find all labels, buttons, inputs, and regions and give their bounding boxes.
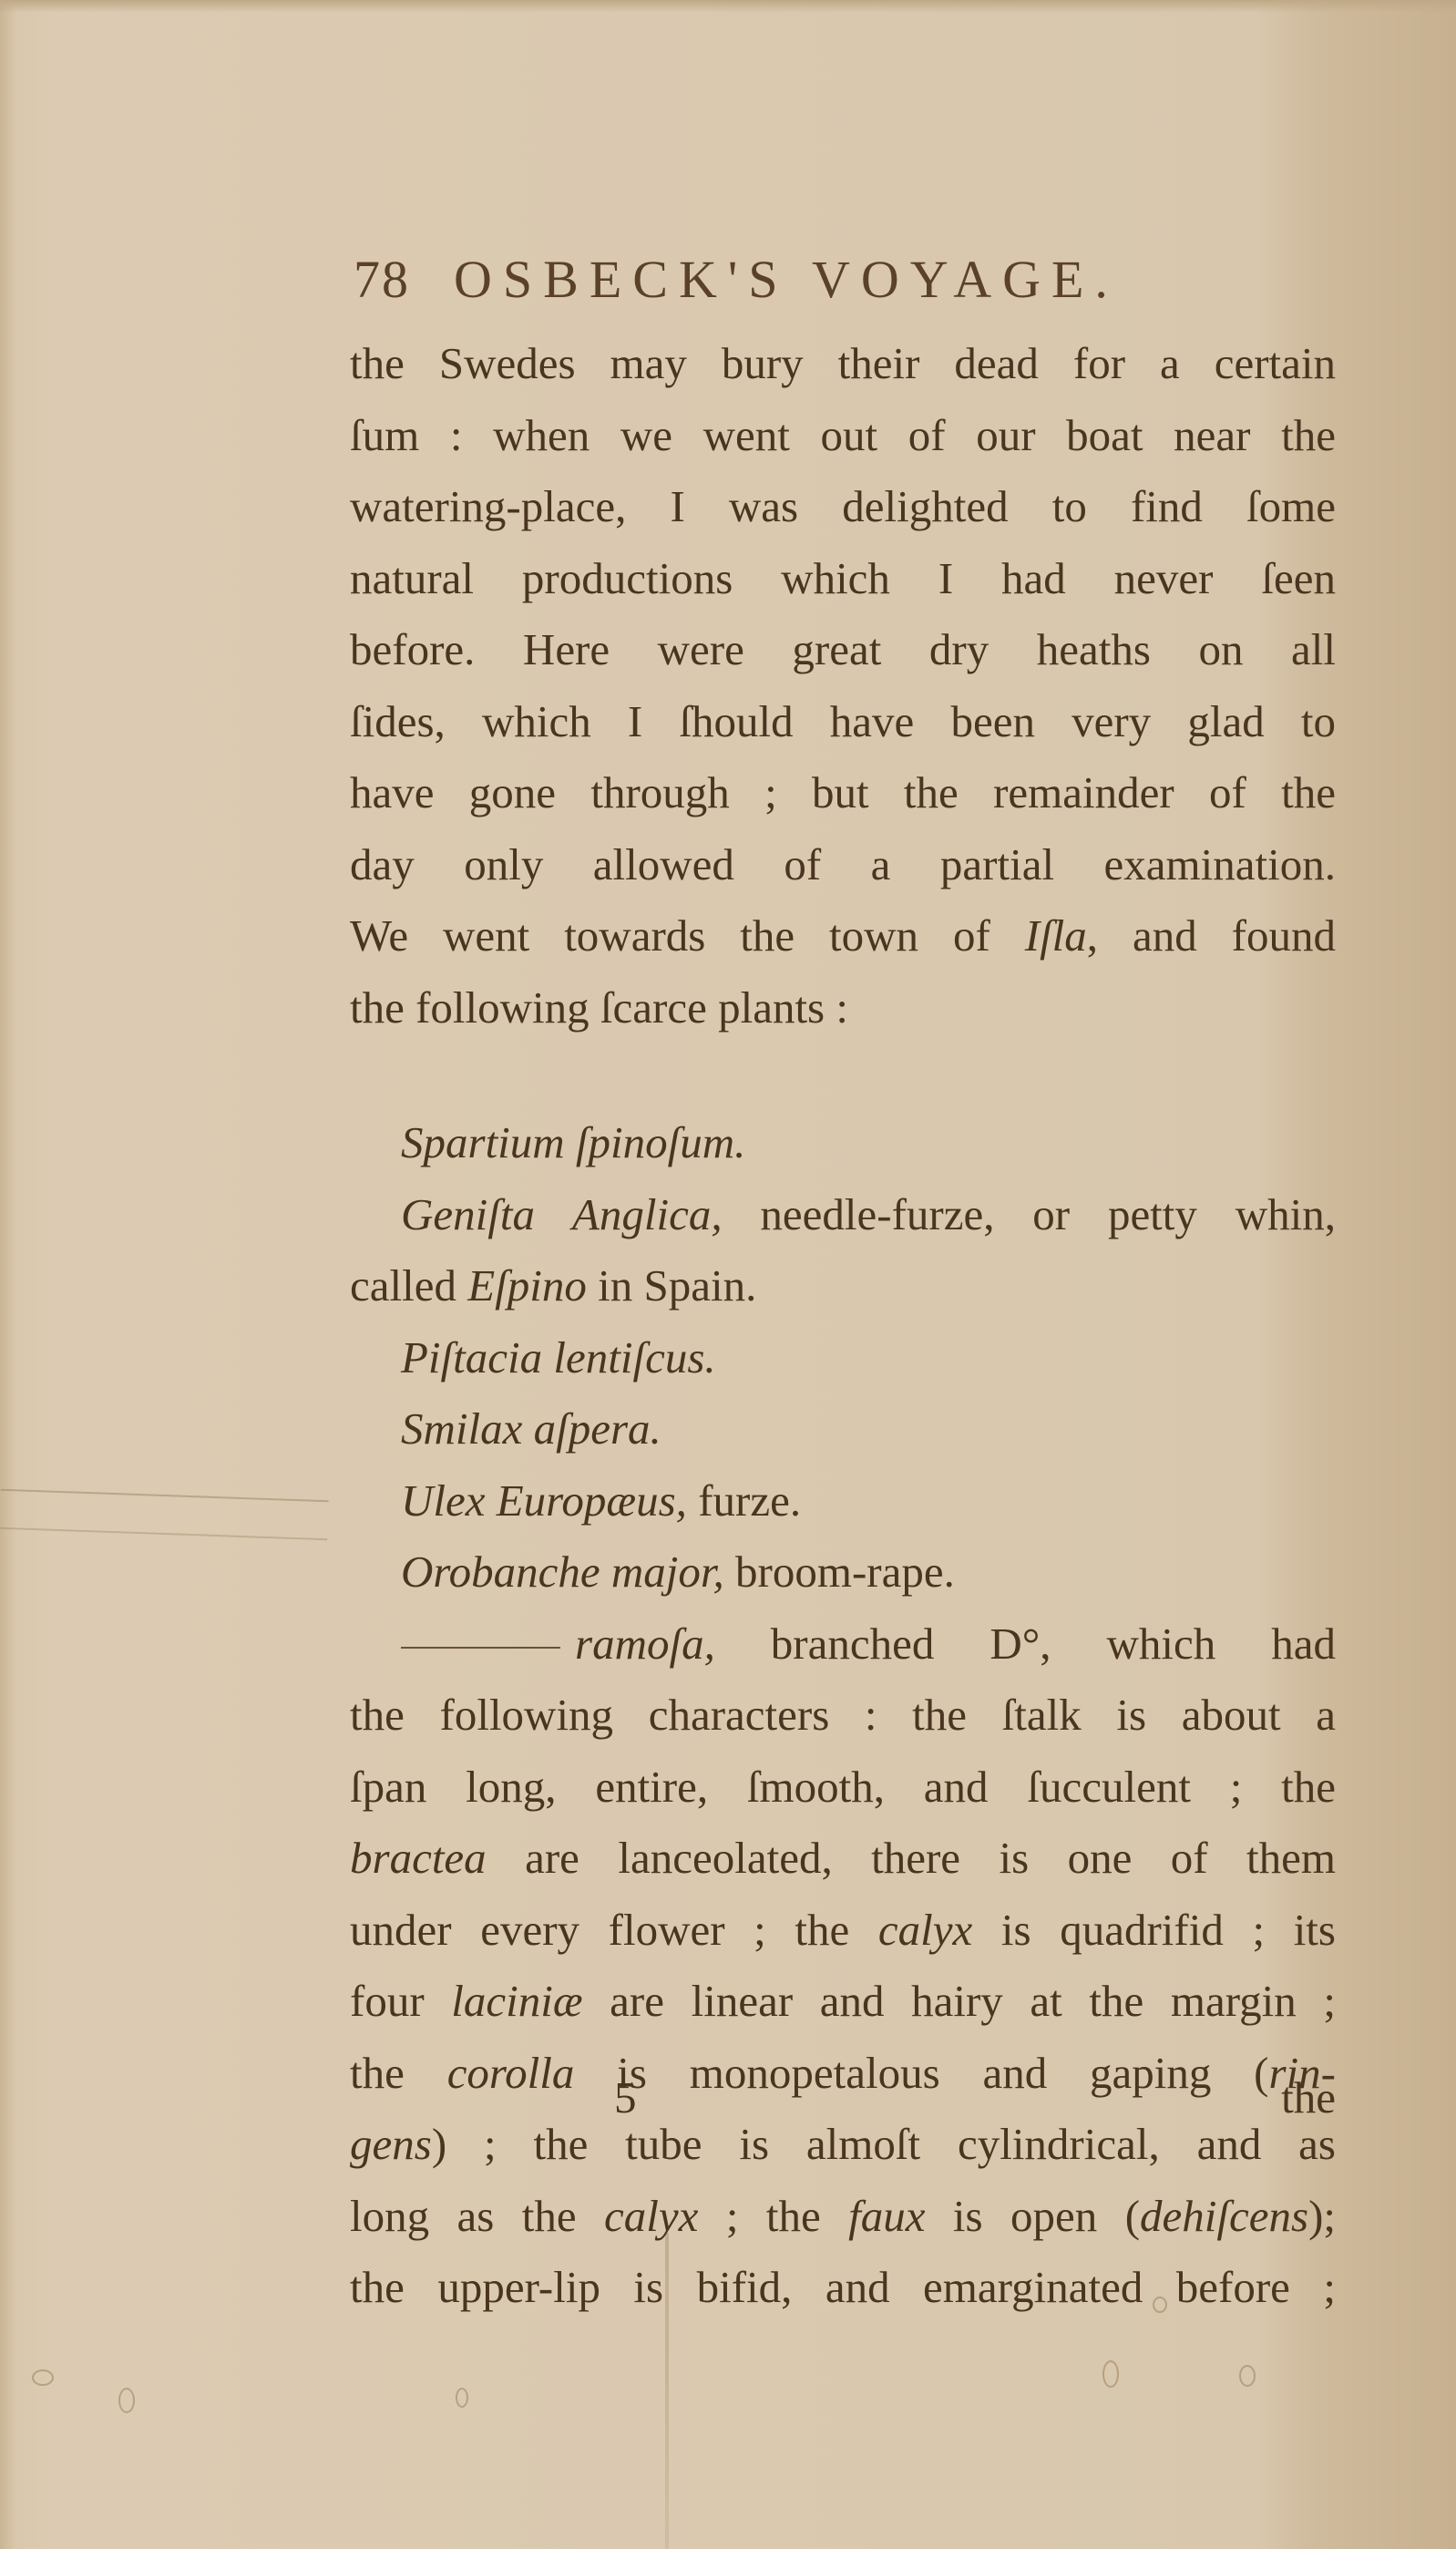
text-run: are linear and hairy at the margin ; — [583, 1976, 1336, 2026]
text-line: have gone through ; but the remainder of… — [350, 757, 1336, 829]
text-run: four — [350, 1976, 451, 2026]
text-run: is quadrifid ; its — [972, 1905, 1336, 1955]
text-run: are lanceolated, there is one of them — [487, 1833, 1336, 1883]
foxing-spot — [32, 2369, 54, 2386]
signature-mark: 5 — [614, 2061, 637, 2134]
plant-list-item: Geniſta Anglica, needle-furze, or petty … — [350, 1179, 1336, 1251]
text-line: ſum : when we went out of our boat near … — [350, 400, 1336, 472]
text-line: watering-place, I was delighted to find … — [350, 471, 1336, 543]
botanical-term: calyx — [604, 2191, 698, 2241]
plant-name: Piſtacia lentiſcus. — [401, 1332, 716, 1382]
botanical-term: faux — [848, 2191, 925, 2241]
text-line: before. Here were great dry heaths on al… — [350, 614, 1336, 686]
botanical-term: laciniæ — [451, 1976, 582, 2026]
text-line: four laciniæ are linear and hairy at the… — [350, 1966, 1336, 2038]
text-line: natural productions which I had never ſe… — [350, 543, 1336, 615]
plant-list-item: Spartium ſpinoſum. — [350, 1107, 1336, 1179]
text-line: the following characters : the ſtalk is … — [350, 1680, 1336, 1752]
text-run: called — [350, 1260, 467, 1310]
foxing-spot — [456, 2388, 468, 2408]
text-line: long as the calyx ; the faux is open (de… — [350, 2181, 1336, 2253]
plant-name: Smilax aſpera. — [401, 1403, 661, 1454]
foxing-spot — [1102, 2360, 1119, 2388]
foxing-spot — [1239, 2365, 1256, 2387]
plant-common-name: branched D°, which had — [715, 1619, 1336, 1669]
ditto-dash — [401, 1647, 560, 1649]
paper-damage-mark — [0, 1489, 329, 1541]
text-line: the following ſcarce plants : — [350, 972, 1336, 1044]
text-line: bractea are lanceolated, there is one of… — [350, 1823, 1336, 1895]
page-footer: 5 the — [350, 2061, 1336, 2134]
text-line: ſpan long, entire, ſmooth, and ſucculent… — [350, 1752, 1336, 1824]
plant-list-item: Ulex Europæus, furze. — [350, 1465, 1336, 1537]
plant-name: ramoſa, — [575, 1619, 715, 1669]
running-head-title: OSBECK'S VOYAGE. — [454, 250, 1119, 309]
place-name-italic: Iſla — [1025, 910, 1087, 961]
plant-list-item: Piſtacia lentiſcus. — [350, 1322, 1336, 1394]
text-line: ſides, which I ſhould have been very gla… — [350, 686, 1336, 758]
text-run: under every flower ; the — [350, 1905, 878, 1955]
plant-list-item-continuation: called Eſpino in Spain. — [350, 1250, 1336, 1322]
plant-common-name: needle-furze, or petty whin, — [723, 1189, 1336, 1239]
plant-list-item: Smilax aſpera. — [350, 1393, 1336, 1465]
page-number: 78 — [354, 250, 410, 309]
scanned-book-page: 78OSBECK'S VOYAGE. the Swedes may bury t… — [0, 0, 1456, 2549]
catchword: the — [1281, 2061, 1336, 2134]
text-line: the Swedes may bury their dead for a cer… — [350, 328, 1336, 400]
foxing-spot — [118, 2388, 135, 2413]
plant-common-name: furze. — [687, 1475, 801, 1526]
text-run: in Spain. — [587, 1260, 756, 1310]
plant-name: Geniſta Anglica, — [401, 1189, 723, 1239]
text-run: ); — [1308, 2191, 1336, 2241]
plant-list-item: Orobanche major, broom-rape. — [350, 1537, 1336, 1609]
text-run: long as the — [350, 2191, 604, 2241]
text-run: We went towards the town of — [350, 910, 1025, 961]
text-run: is open ( — [926, 2191, 1141, 2241]
botanical-term: dehiſcens — [1140, 2191, 1308, 2241]
running-head: 78OSBECK'S VOYAGE. — [354, 239, 1265, 321]
botanical-term: bractea — [350, 1833, 487, 1883]
plant-list-item: ramoſa, branched D°, which had — [350, 1609, 1336, 1680]
text-run: ; the — [698, 2191, 848, 2241]
botanical-term: calyx — [878, 1905, 972, 1955]
text-line: under every flower ; the calyx is quadri… — [350, 1895, 1336, 1967]
plant-name: Orobanche major, — [401, 1547, 724, 1597]
plant-name: Spartium ſpinoſum. — [401, 1117, 745, 1167]
plant-name: Ulex Europæus, — [401, 1475, 687, 1526]
text-run: , and found — [1087, 910, 1336, 961]
body-text: the Swedes may bury their dead for a cer… — [350, 328, 1336, 2324]
text-line: the upper-lip is bifid, and emarginated … — [350, 2252, 1336, 2324]
text-line: We went towards the town of Iſla, and fo… — [350, 900, 1336, 972]
plant-common-name: broom-rape. — [724, 1547, 955, 1597]
text-line: day only allowed of a partial examinatio… — [350, 829, 1336, 901]
plant-name: Eſpino — [467, 1260, 587, 1310]
